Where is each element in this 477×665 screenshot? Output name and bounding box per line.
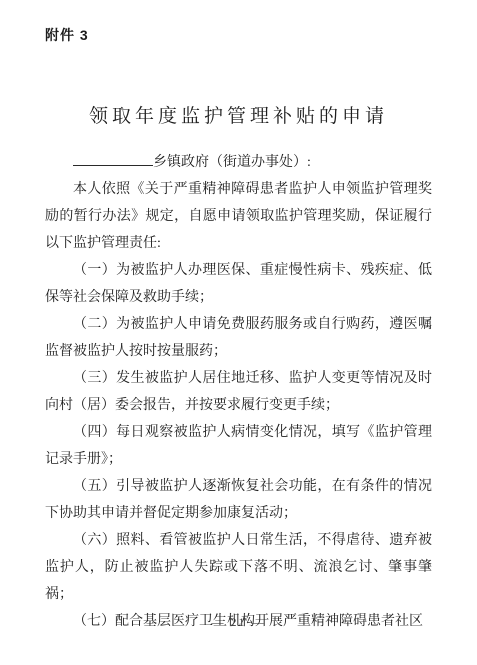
clause-5-paragraph: （五）引导被监护人逐渐恢复社会功能，在有条件的情况下协助其申请并督促定期参加康复…	[45, 473, 432, 527]
document-body: 乡镇政府（街道办事处）: 本人依照《关于严重精神障碍患者监护人申领监护管理奖励的…	[45, 149, 432, 635]
salutation-line: 乡镇政府（街道办事处）:	[45, 149, 432, 176]
clause-1-paragraph: （一）为被监护人办理医保、重症慢性病卡、残疾症、低保等社会保障及救助手续；	[45, 257, 432, 311]
clause-6-paragraph: （六）照料、看管被监护人日常生活，不得虐待、遗弃被监护人，防止被监护人失踪或下落…	[45, 527, 432, 608]
fill-in-blank-underline	[73, 151, 153, 166]
clause-2-paragraph: （二）为被监护人申请免费服药服务或自行购药，遵医嘱监督被监护人按时按量服药；	[45, 311, 432, 365]
intro-paragraph: 本人依照《关于严重精神障碍患者监护人申领监护管理奖励的暂行办法》规定，自愿申请领…	[45, 176, 432, 257]
document-title: 领取年度监护管理补贴的申请	[0, 101, 477, 128]
page-number: — 21 —	[0, 615, 477, 630]
clause-4-paragraph: （四）每日观察被监护人病情变化情况，填写《监护管理记录手册》；	[45, 419, 432, 473]
salutation-addressee: 乡镇政府（街道办事处）:	[153, 155, 311, 170]
clause-3-paragraph: （三）发生被监护人居住地迁移、监护人变更等情况及时向村（居）委会报告，并按要求履…	[45, 365, 432, 419]
attachment-label: 附件 3	[45, 25, 89, 45]
document-page: 附件 3 领取年度监护管理补贴的申请 乡镇政府（街道办事处）: 本人依照《关于严…	[0, 0, 477, 665]
